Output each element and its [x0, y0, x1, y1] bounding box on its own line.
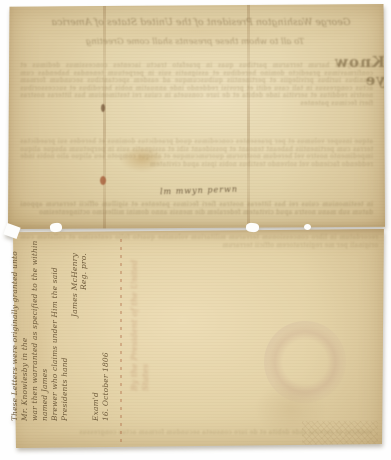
- showthrough-body-block-c: in testimonium cuius rei has litteras no…: [20, 201, 373, 227]
- docket-line-2: war then warranted as specified to the w…: [30, 239, 50, 421]
- parchment-document: George Washington President of the Unite…: [8, 4, 385, 448]
- document-upper-leaf: George Washington President of the Unite…: [8, 4, 385, 229]
- showthrough-header-line1: George Washington President of the Unite…: [30, 17, 372, 28]
- docket-line-3: Brewer who claims under Him the said Pre…: [50, 239, 70, 421]
- docket-line-1: These Letters were originally granted un…: [10, 239, 30, 421]
- crease-tear-small: [304, 224, 311, 230]
- showthrough-vertical-script-text: By the President of the United States: [130, 241, 164, 391]
- showthrough-vertical-script: By the President of the United States: [130, 241, 166, 391]
- photo-canvas: George Washington President of the Unite…: [0, 0, 391, 460]
- docket-signature-title: Reg. pro.: [79, 239, 88, 421]
- docket-signature: James McHenry: [70, 239, 79, 421]
- docket-annotation: These Letters were originally granted un…: [10, 239, 104, 423]
- embossed-seal-impression: [264, 321, 346, 403]
- showthrough-body-block-a: et singulis harum terrarum partibus quas…: [20, 62, 373, 128]
- crease-tear-right: [246, 223, 260, 233]
- docket-date: 16. October 1806: [101, 239, 111, 421]
- docket-examined: Exam'd: [91, 239, 101, 421]
- showthrough-red-dotted-line: [120, 239, 122, 444]
- crease-tear-left: [50, 222, 63, 232]
- showthrough-header-line2: To all to whom these presents shall come…: [70, 37, 320, 47]
- crosshatch-emboss-texture: [302, 421, 378, 447]
